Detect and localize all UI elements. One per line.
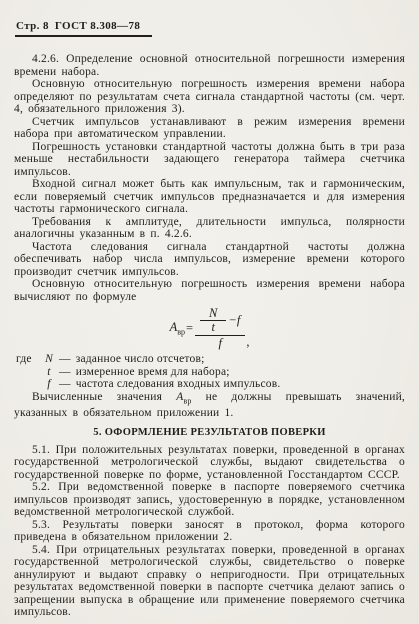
- section-4-body: 4.2.6. Определение основной относительно…: [14, 53, 405, 420]
- legend-dash: —: [59, 366, 71, 379]
- legend-symbol: t: [42, 366, 56, 379]
- legend-symbol: f: [42, 378, 56, 391]
- paragraph: Погрешность установки стандартной частот…: [14, 141, 405, 179]
- paragraph-5-1: 5.1. При положительных результатах повер…: [14, 444, 405, 482]
- legend-row: где N — заданное число отсчетов;: [16, 353, 405, 366]
- legend-row: f — частота следования входных импульсов…: [16, 378, 405, 391]
- legend-symbol: N: [42, 353, 56, 366]
- inner-numerator: N: [200, 307, 226, 321]
- legend-text: заданное число отсчетов;: [76, 353, 205, 366]
- paragraph: Входной сигнал может быть как импульсным…: [14, 178, 405, 216]
- paragraph-5-2: 5.2. При ведомственной поверке в паспорт…: [14, 481, 405, 519]
- outer-fraction: N t −f f: [195, 307, 245, 350]
- legend-prefix: где: [16, 353, 42, 366]
- formula-subscript: вр: [177, 328, 185, 337]
- paragraph: Требования к амплитуде, длительности имп…: [14, 216, 405, 241]
- paragraph: Частота следования сигнала стандартной ч…: [14, 241, 405, 279]
- running-header: Стр. 8ГОСТ 8.308—78: [15, 20, 152, 37]
- formula-comma: ,: [246, 335, 249, 350]
- inline-subscript: вр: [183, 396, 191, 405]
- paragraph: Счетчик импульсов устанавливают в режим …: [14, 116, 405, 141]
- legend-dash: —: [59, 378, 71, 391]
- paragraph: Основную относительную погрешность измер…: [14, 278, 405, 303]
- legend-text: частота следования входных импульсов.: [76, 378, 281, 391]
- inner-fraction: N t: [200, 307, 226, 334]
- outer-denominator: f: [218, 336, 221, 350]
- paragraph-4-2-6: 4.2.6. Определение основной относительно…: [14, 53, 405, 78]
- document-page: Стр. 8ГОСТ 8.308—78 4.2.6. Определение о…: [0, 0, 419, 624]
- page-number-label: Стр. 8: [16, 20, 49, 32]
- legend-dash: —: [59, 353, 71, 366]
- paragraph-closing: Вычисленные значения Авр не должны превы…: [14, 391, 405, 420]
- paragraph: Основную относительную погрешность измер…: [14, 78, 405, 116]
- legend-row: t — измеренное время для набора;: [16, 366, 405, 379]
- formula-avr: Авр = N t −f f ,: [14, 307, 405, 350]
- inner-denominator: t: [211, 321, 214, 334]
- formula-lhs: Авр: [170, 320, 185, 337]
- legend-text: измеренное время для набора;: [76, 366, 230, 379]
- standard-number-label: ГОСТ 8.308—78: [55, 20, 140, 32]
- section-5-body: 5.1. При положительных результатах повер…: [14, 444, 405, 619]
- formula-legend: где N — заданное число отсчетов; t — изм…: [16, 353, 405, 391]
- paragraph-5-4: 5.4. При отрицательных результатах повер…: [14, 544, 405, 619]
- outer-numerator: N t −f: [195, 307, 245, 336]
- equals-sign: =: [186, 321, 193, 336]
- section-5-heading: 5. ОФОРМЛЕНИЕ РЕЗУЛЬТАТОВ ПОВЕРКИ: [14, 427, 405, 438]
- paragraph-5-3: 5.3. Результаты поверки заносят в проток…: [14, 519, 405, 544]
- minus-term: −f: [228, 313, 240, 328]
